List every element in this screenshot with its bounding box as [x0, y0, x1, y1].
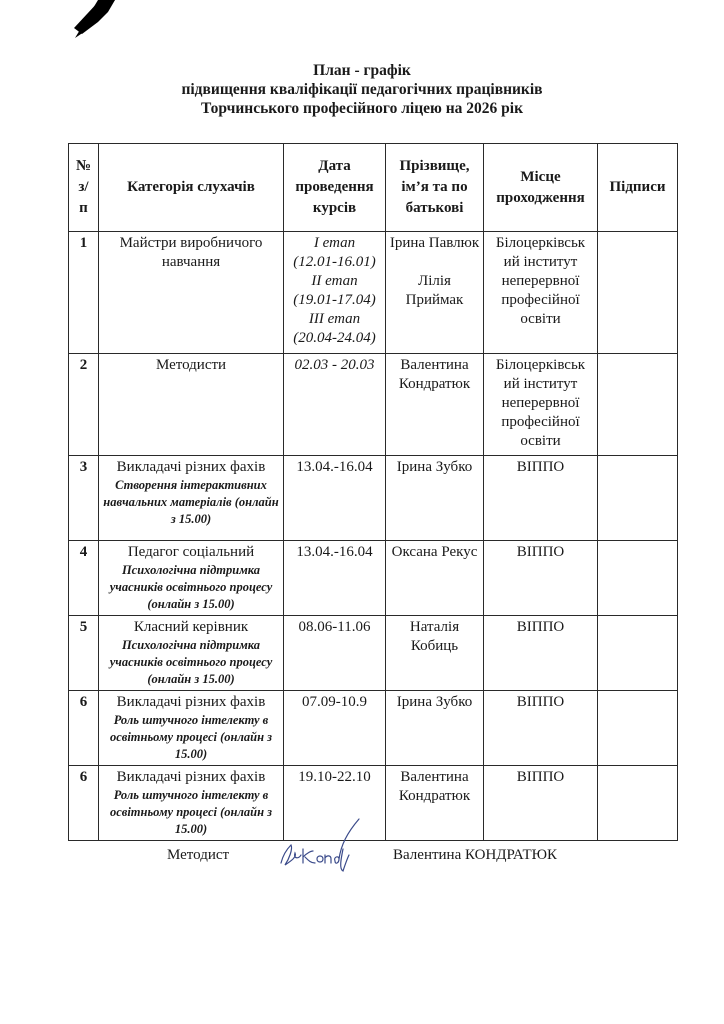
date-line: (20.04-24.04) [287, 329, 382, 348]
header-signature: Підписи [598, 144, 678, 232]
document-title: План - графік підвищення кваліфікації пе… [0, 61, 724, 118]
row-category: Класний керівник Психологічна підтримка … [99, 616, 284, 691]
row-place: ВІППО [484, 456, 598, 541]
row-names: Валентина Кондратюк [386, 766, 484, 841]
category-name: Викладачі різних фахів [102, 458, 280, 477]
row-names: Наталія Кобиць [386, 616, 484, 691]
row-signature [598, 691, 678, 766]
category-name: Педагог соціальний [102, 543, 280, 562]
person-name: Ірина Павлюк [389, 234, 480, 253]
title-line-1: План - графік [0, 61, 724, 80]
header-number-line: № [72, 156, 95, 177]
date-line: (19.01-17.04) [287, 291, 382, 310]
row-number: 1 [69, 232, 99, 354]
row-category: Викладачі різних фахів Роль штучного інт… [99, 691, 284, 766]
header-name: Прізвище, ім’я та по батькові [386, 144, 484, 232]
table-row: 6 Викладачі різних фахів Роль штучного і… [69, 691, 678, 766]
row-signature [598, 456, 678, 541]
course-topic: Психологічна підтримка учасників освітнь… [102, 562, 280, 613]
signature-block: Методист Валентина КОНДРАТЮК [0, 845, 724, 875]
signer-name: Валентина КОНДРАТЮК [393, 847, 557, 864]
header-date: Дата проведення курсів [284, 144, 386, 232]
category-name: Класний керівник [102, 618, 280, 637]
handwritten-signature-icon [273, 815, 373, 875]
row-date: I етап (12.01-16.01) II етап (19.01-17.0… [284, 232, 386, 354]
row-number: 4 [69, 541, 99, 616]
row-signature [598, 616, 678, 691]
row-date: 13.04.-16.04 [284, 541, 386, 616]
row-signature [598, 541, 678, 616]
row-place: ВІППО [484, 691, 598, 766]
table-row: 4 Педагог соціальний Психологічна підтри… [69, 541, 678, 616]
table-row: 3 Викладачі різних фахів Створення інтер… [69, 456, 678, 541]
row-category: Методисти [99, 354, 284, 456]
course-topic: Психологічна підтримка учасників освітнь… [102, 637, 280, 688]
header-place: Місце проходження [484, 144, 598, 232]
table-row: 5 Класний керівник Психологічна підтримк… [69, 616, 678, 691]
category-name: Викладачі різних фахів [102, 768, 280, 787]
header-number-line: п [72, 198, 95, 219]
course-topic: Роль штучного інтелекту в освітньому про… [102, 787, 280, 838]
row-date: 08.06-11.06 [284, 616, 386, 691]
table-row: 1 Майстри виробничого навчання I етап (1… [69, 232, 678, 354]
scan-corner-mark [0, 0, 140, 50]
row-names: Валентина Кондратюк [386, 354, 484, 456]
row-names: Ірина Павлюк Лілія Приймак [386, 232, 484, 354]
row-number: 3 [69, 456, 99, 541]
row-signature [598, 766, 678, 841]
table-header-row: № з/ п Категорія слухачів Дата проведенн… [69, 144, 678, 232]
table-row: 6 Викладачі різних фахів Роль штучного і… [69, 766, 678, 841]
row-date: 02.03 - 20.03 [284, 354, 386, 456]
date-line: (12.01-16.01) [287, 253, 382, 272]
person-name: Лілія Приймак [389, 272, 480, 310]
row-place: Білоцерківськ ий інститут неперервної пр… [484, 354, 598, 456]
row-signature [598, 354, 678, 456]
row-date: 07.09-10.9 [284, 691, 386, 766]
row-signature [598, 232, 678, 354]
course-topic: Роль штучного інтелекту в освітньому про… [102, 712, 280, 763]
row-names: Оксана Рекус [386, 541, 484, 616]
row-category: Викладачі різних фахів Створення інтерак… [99, 456, 284, 541]
signer-role: Методист [167, 847, 229, 864]
row-number: 2 [69, 354, 99, 456]
row-names: Ірина Зубко [386, 456, 484, 541]
row-category: Педагог соціальний Психологічна підтримк… [99, 541, 284, 616]
row-place: Білоцерківськ ий інститут неперервної пр… [484, 232, 598, 354]
date-line: II етап [287, 272, 382, 291]
title-line-3: Торчинського професійного ліцею на 2026 … [0, 99, 724, 118]
row-place: ВІППО [484, 541, 598, 616]
date-line: I етап [287, 234, 382, 253]
header-category: Категорія слухачів [99, 144, 284, 232]
row-number: 6 [69, 766, 99, 841]
title-line-2: підвищення кваліфікації педагогічних пра… [0, 80, 724, 99]
table-row: 2 Методисти 02.03 - 20.03 Валентина Конд… [69, 354, 678, 456]
training-schedule-table: № з/ п Категорія слухачів Дата проведенн… [68, 143, 678, 841]
row-category: Викладачі різних фахів Роль штучного інт… [99, 766, 284, 841]
row-number: 6 [69, 691, 99, 766]
row-names: Ірина Зубко [386, 691, 484, 766]
header-number: № з/ п [69, 144, 99, 232]
header-number-line: з/ [72, 177, 95, 198]
date-line: III етап [287, 310, 382, 329]
row-date: 13.04.-16.04 [284, 456, 386, 541]
course-topic: Створення інтерактивних навчальних матер… [102, 477, 280, 528]
category-name: Викладачі різних фахів [102, 693, 280, 712]
row-place: ВІППО [484, 766, 598, 841]
row-place: ВІППО [484, 616, 598, 691]
row-number: 5 [69, 616, 99, 691]
row-category: Майстри виробничого навчання [99, 232, 284, 354]
